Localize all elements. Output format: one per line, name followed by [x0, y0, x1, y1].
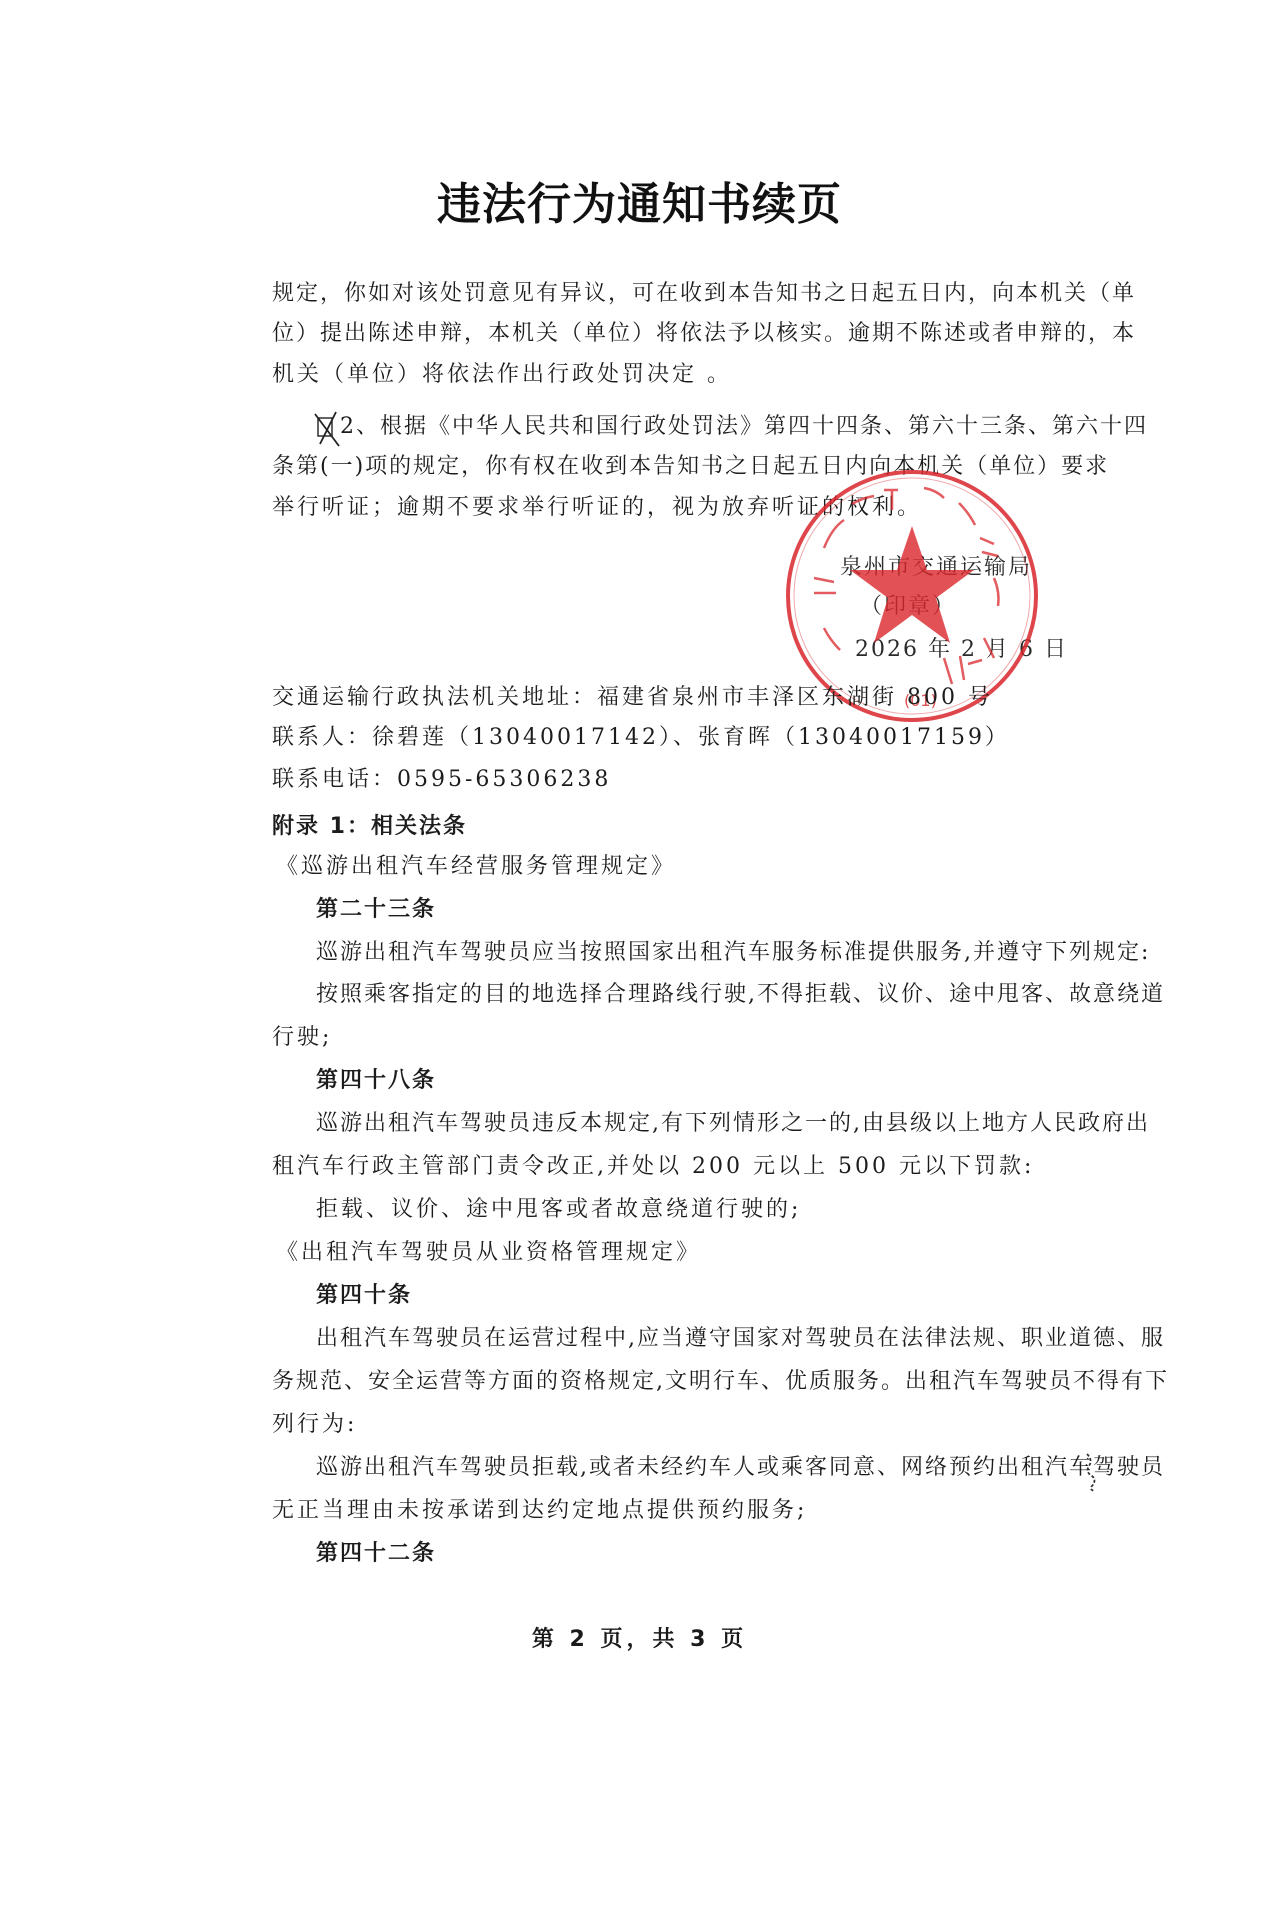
regulation-1-article-23-line-1: 巡游出租汽车驾驶员应当按照国家出租汽车服务标准提供服务,并遵守下列规定:: [316, 938, 1107, 968]
regulation-1-article-48-number: 第四十八条: [316, 1066, 1107, 1096]
paragraph-1-line-3: 机关（单位）将依法作出行政处罚决定 。: [272, 360, 1107, 390]
regulation-2-article-40-line-2: 务规范、安全运营等方面的资格规定,文明行车、优质服务。出租汽车驾驶员不得有下: [272, 1367, 1107, 1397]
regulation-2-article-40-line-1: 出租汽车驾驶员在运营过程中,应当遵守国家对驾驶员在法律法规、职业道德、服: [316, 1324, 1107, 1354]
paragraph-1-line-1: 规定，你如对该处罚意见有异议，可在收到本告知书之日起五日内，向本机关（单: [272, 279, 1107, 309]
regulation-1-article-48-line-3: 拒载、议价、途中甩客或者故意绕道行驶的;: [316, 1195, 1107, 1225]
regulation-1-article-23-number: 第二十三条: [316, 895, 1107, 925]
regulation-2-article-42-number: 第四十二条: [316, 1539, 1107, 1569]
regulation-2-name: 《出租汽车驾驶员从业资格管理规定》: [276, 1238, 1111, 1268]
regulation-1-article-23-line-3: 行驶;: [272, 1023, 1107, 1053]
appendix-heading: 附录 1：相关法条: [272, 812, 1107, 842]
contact-persons: 联系人：徐碧莲（13040017142）、张育晖（13040017159）: [272, 723, 1107, 753]
regulation-2-article-40-number: 第四十条: [316, 1281, 1107, 1311]
issue-date: 2026 年 2 月 6 日: [855, 632, 1068, 663]
paragraph-1-line-2: 位）提出陈述申辩，本机关（单位）将依法予以核实。逾期不陈述或者申辩的，本: [272, 319, 1107, 349]
document-page: 违法行为通知书续页 规定，你如对该处罚意见有异议，可在收到本告知书之日起五日内，…: [0, 0, 1279, 1932]
handwritten-mark-icon: [1083, 1452, 1097, 1492]
seal-label: （印章）: [860, 589, 956, 620]
page-indicator: 第 2 页，共 3 页: [0, 1622, 1279, 1653]
paragraph-2-line-1: 2、根据《中华人民共和国行政处罚法》第四十四条、第六十三条、第六十四: [340, 412, 1107, 442]
regulation-2-article-40-line-5: 无正当理由未按承诺到达约定地点提供预约服务;: [272, 1496, 1107, 1526]
paragraph-2-line-2: 条第(一)项的规定，你有权在收到本告知书之日起五日内向本机关（单位）要求: [272, 452, 1107, 482]
document-title: 违法行为通知书续页: [0, 168, 1279, 232]
regulation-1-article-48-line-2: 租汽车行政主管部门责令改正,并处以 200 元以上 500 元以下罚款:: [272, 1152, 1107, 1182]
issuing-authority: 泉州市交通运输局: [840, 550, 1032, 581]
enforcement-agency-address: 交通运输行政执法机关地址：福建省泉州市丰泽区东湖街 800 号: [272, 683, 1107, 713]
regulation-2-article-40-line-3: 列行为:: [272, 1410, 1107, 1440]
regulation-2-article-40-line-4: 巡游出租汽车驾驶员拒载,或者未经约车人或乘客同意、网络预约出租汽车驾驶员: [316, 1453, 1107, 1483]
paragraph-2-line-3: 举行听证；逾期不要求举行听证的，视为放弃听证的权利。: [272, 493, 1107, 523]
regulation-1-name: 《巡游出租汽车经营服务管理规定》: [276, 852, 1111, 882]
regulation-1-article-23-line-2: 按照乘客指定的目的地选择合理路线行驶,不得拒载、议价、途中甩客、故意绕道: [316, 980, 1107, 1010]
contact-phone: 联系电话：0595-65306238: [272, 765, 1107, 795]
regulation-1-article-48-line-1: 巡游出租汽车驾驶员违反本规定,有下列情形之一的,由县级以上地方人民政府出: [316, 1109, 1107, 1139]
checked-box-icon: [312, 410, 342, 448]
